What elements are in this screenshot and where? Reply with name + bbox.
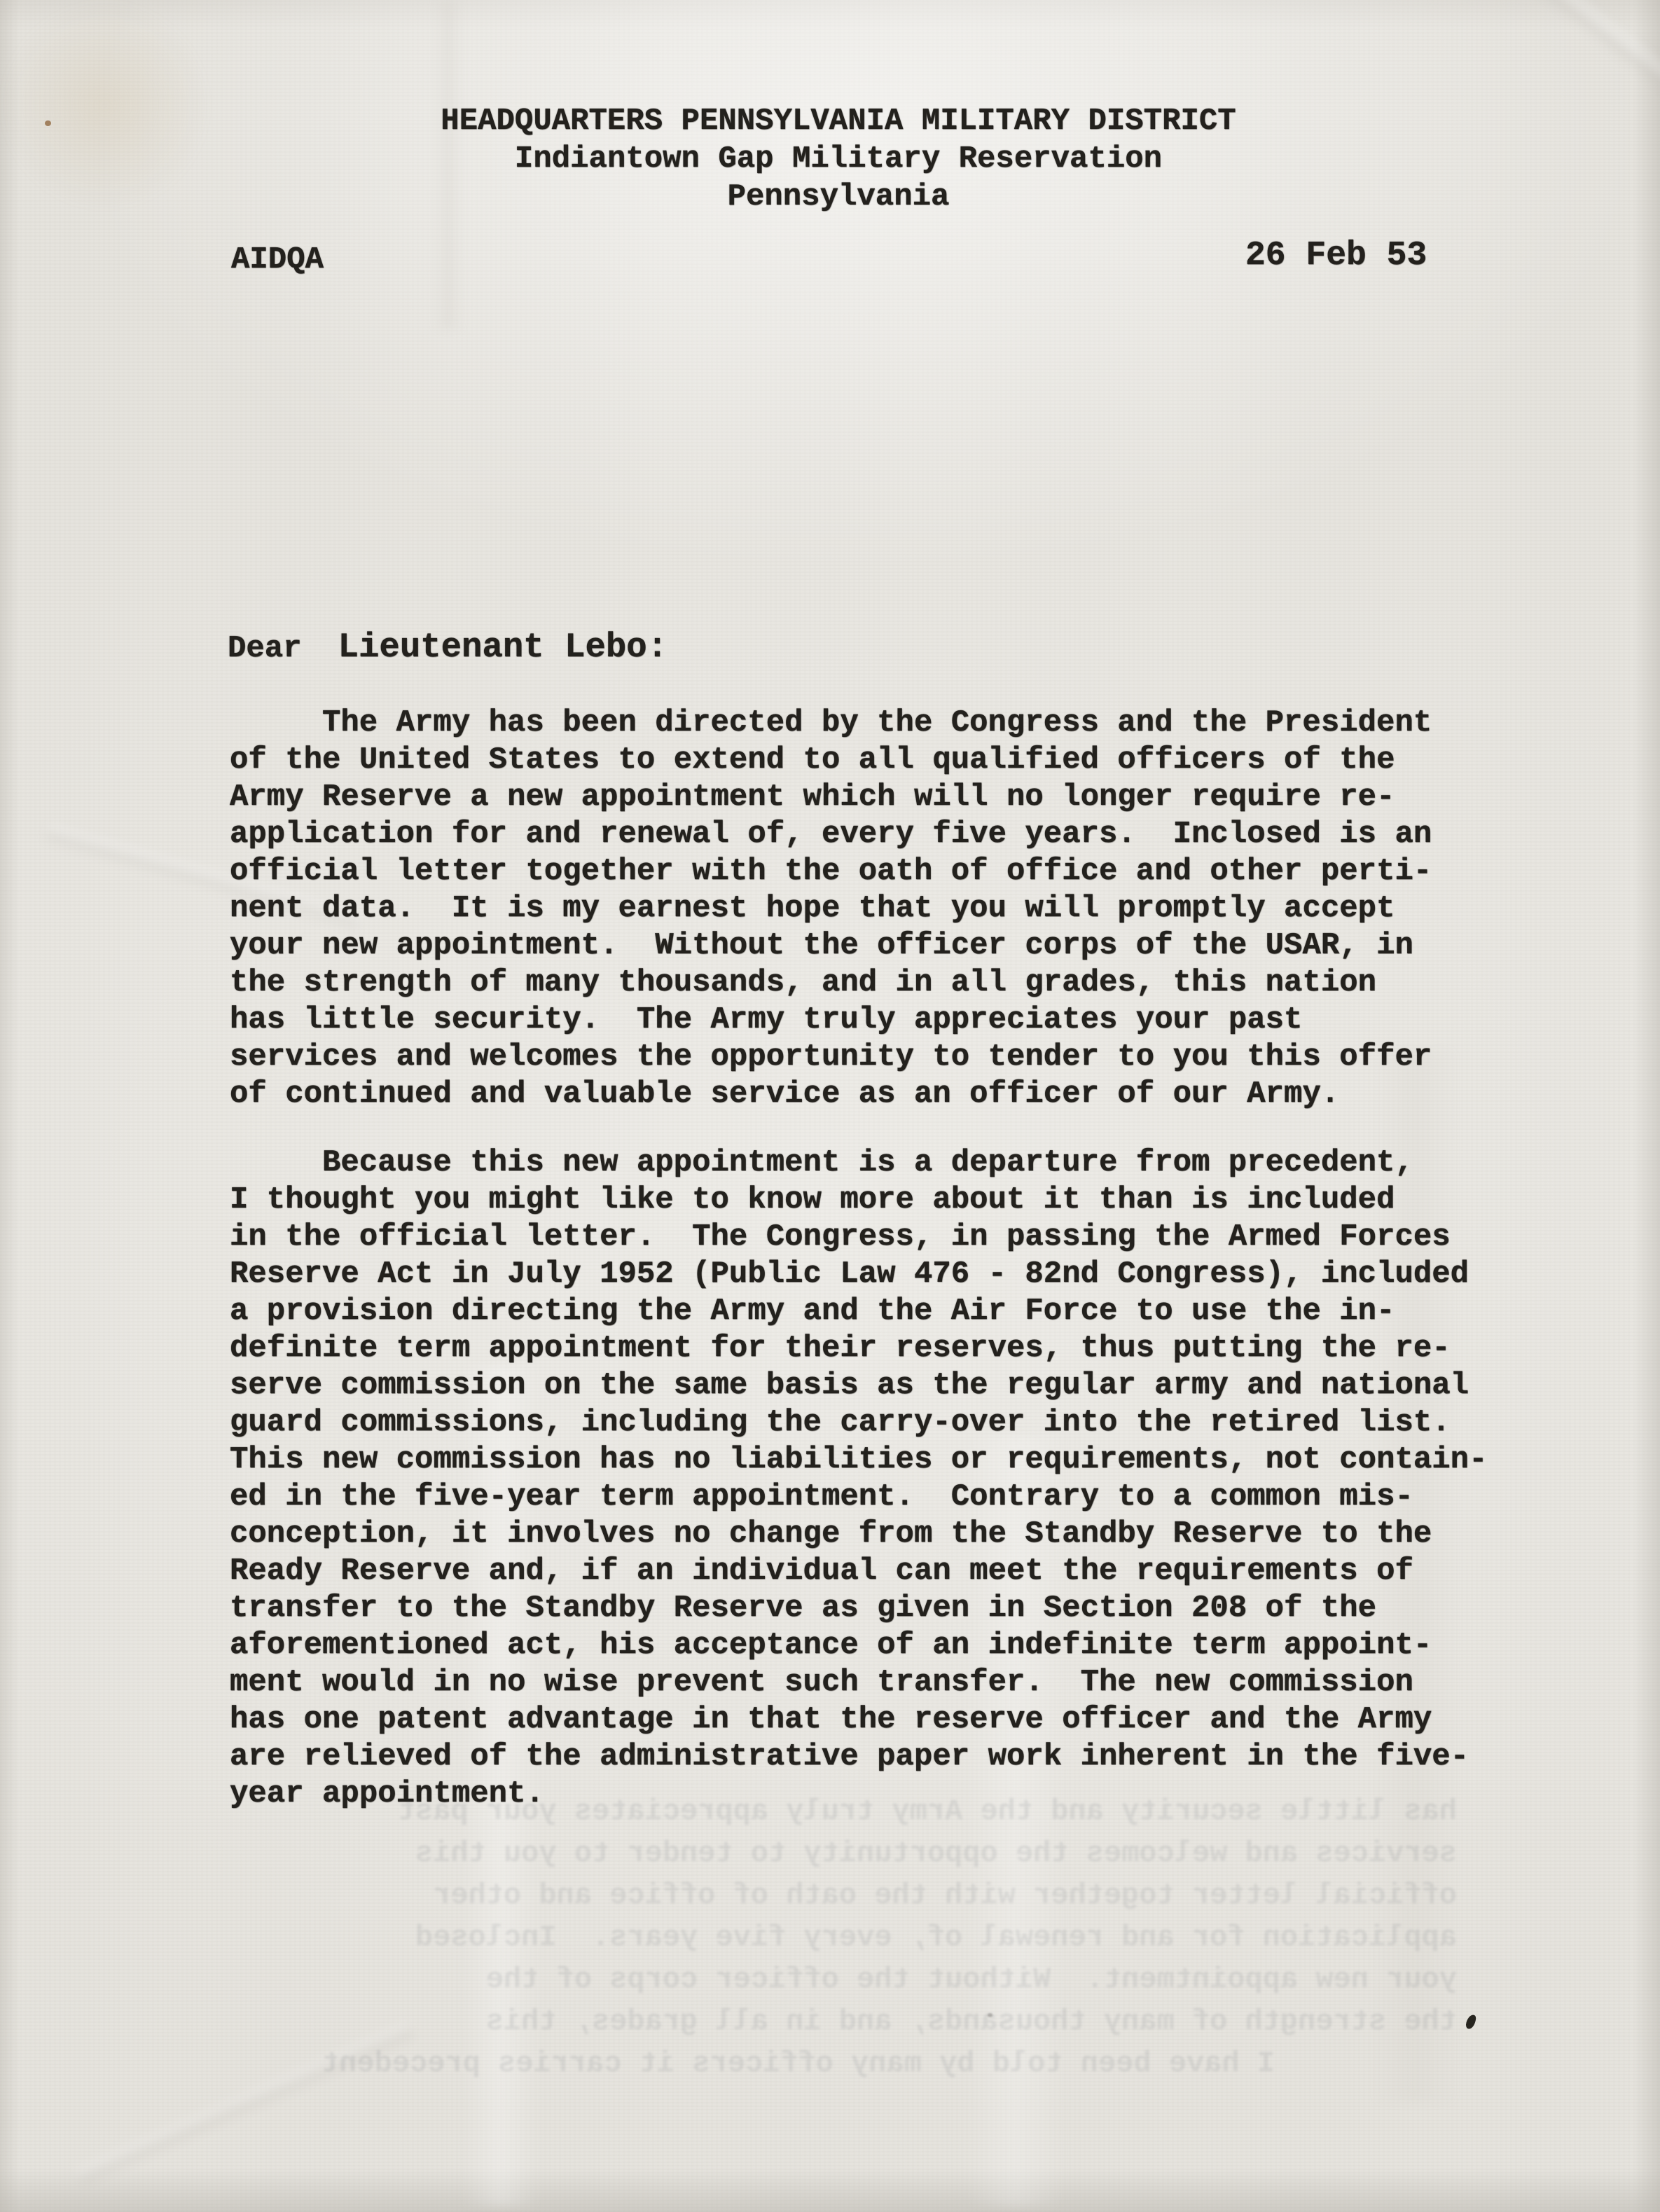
letter-date: 26 Feb 53 (1245, 237, 1427, 275)
bleedthrough-line: your new appointment. Without the office… (161, 1958, 1457, 2000)
salutation-prefix: Dear (228, 631, 302, 666)
body-line: official letter together with the oath o… (230, 853, 1505, 890)
body-line: in the official letter. The Congress, in… (230, 1219, 1505, 1256)
letterhead-line-3: Pennsylvania (0, 178, 1660, 216)
body-line: has one patent advantage in that the res… (230, 1701, 1505, 1739)
stain-speck (45, 120, 51, 126)
paragraph-2: Because this new appointment is a depart… (230, 1145, 1505, 1813)
body-line: Because this new appointment is a depart… (230, 1145, 1505, 1182)
ink-blot (1465, 2014, 1476, 2030)
body-line: the strength of many thousands, and in a… (230, 965, 1505, 1002)
body-line: This new commission has no liabilities o… (230, 1442, 1505, 1479)
paragraph-1: The Army has been directed by the Congre… (230, 705, 1505, 1113)
body-line: ed in the five-year term appointment. Co… (230, 1479, 1505, 1516)
body-line: ment would in no wise prevent such trans… (230, 1664, 1505, 1701)
body-line: serve commission on the same basis as th… (230, 1367, 1505, 1404)
body-line: has little security. The Army truly appr… (230, 1002, 1505, 1039)
body-line: The Army has been directed by the Congre… (230, 705, 1505, 742)
body-line: definite term appointment for their rese… (230, 1330, 1505, 1367)
body-line: of continued and valuable service as an … (230, 1076, 1505, 1113)
body-line: services and welcomes the opportunity to… (230, 1039, 1505, 1076)
bleedthrough-line: the strength of many thousands, and in a… (161, 2000, 1457, 2042)
body-line: application for and renewal of, every fi… (230, 816, 1505, 853)
stain-speck (988, 2013, 992, 2017)
body-line: guard commissions, including the carry-o… (230, 1404, 1505, 1442)
body-line: Reserve Act in July 1952 (Public Law 476… (230, 1256, 1505, 1293)
body-line: transfer to the Standby Reserve as given… (230, 1590, 1505, 1627)
body-line: nent data. It is my earnest hope that yo… (230, 890, 1505, 927)
bleedthrough-line: official letter together with the oath o… (161, 1874, 1457, 1916)
bleedthrough-line: I have been told by many officers it car… (161, 2042, 1457, 2085)
letterhead-line-2: Indiantown Gap Military Reservation (0, 140, 1660, 178)
letter-page: has little security and the Army truly a… (0, 0, 1660, 2212)
salutation-name: Lieutenant Lebo: (338, 628, 668, 667)
body-line: aforementioned act, his acceptance of an… (230, 1627, 1505, 1664)
body-line: I thought you might like to know more ab… (230, 1182, 1505, 1219)
office-symbol: AIDQA (231, 242, 324, 277)
body-line: of the United States to extend to all qu… (230, 742, 1505, 779)
body-line: are relieved of the administrative paper… (230, 1739, 1505, 1776)
bleedthrough-line: application for and renewal of, every fi… (161, 1916, 1457, 1958)
body-line: your new appointment. Without the office… (230, 927, 1505, 965)
bleedthrough-text: has little security and the Army truly a… (161, 1790, 1457, 2085)
body-line: conception, it involves no change from t… (230, 1516, 1505, 1553)
letterhead: HEADQUARTERS PENNSYLVANIA MILITARY DISTR… (0, 102, 1660, 216)
body-line: Ready Reserve and, if an individual can … (230, 1553, 1505, 1590)
body-line: year appointment. (230, 1776, 1505, 1813)
letterhead-line-1: HEADQUARTERS PENNSYLVANIA MILITARY DISTR… (0, 102, 1660, 140)
bleedthrough-line: services and welcomes the opportunity to… (161, 1832, 1457, 1874)
body-line: Army Reserve a new appointment which wil… (230, 779, 1505, 816)
salutation: DearLieutenant Lebo: (228, 628, 668, 667)
body-line: a provision directing the Army and the A… (230, 1293, 1505, 1330)
